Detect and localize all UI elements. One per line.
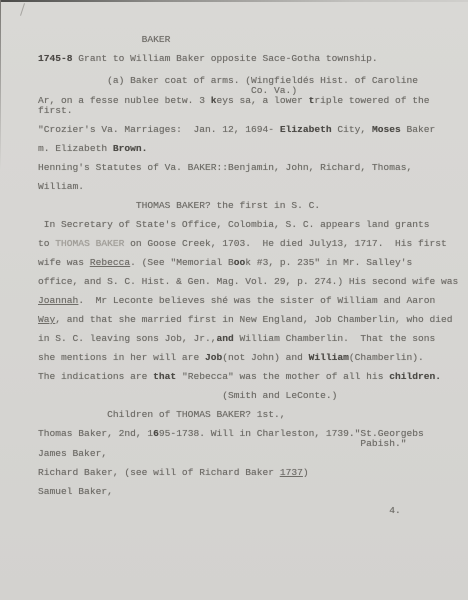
text-line: office, and S. C. Hist. & Gen. Mag. Vol.… xyxy=(38,272,468,291)
text-line: Way, and that she married first in New E… xyxy=(38,310,468,329)
text-line: BAKER xyxy=(38,30,468,49)
text-line: (Smith and LeConte.) xyxy=(38,386,468,405)
text-line: "Crozier's Va. Marriages: Jan. 12, 1694-… xyxy=(38,120,468,139)
text-line: William. xyxy=(38,177,468,196)
text-line: Joannah. Mr Leconte believes shé was the… xyxy=(38,291,468,310)
text-line: In Secretary of State's Office, Colombia… xyxy=(38,215,468,234)
text-line: The indications are that "Rebecca" was t… xyxy=(38,367,468,386)
scan-edge-left xyxy=(0,0,1,170)
document-text-block: BAKER1745-8 Grant to William Baker oppos… xyxy=(38,30,468,520)
text-line: Henning's Statutes of Va. BAKER::Benjami… xyxy=(38,158,468,177)
pencil-mark xyxy=(20,3,25,16)
text-line: THOMAS BAKER? the first in S. C. xyxy=(38,196,468,215)
typewritten-page: BAKER1745-8 Grant to William Baker oppos… xyxy=(0,0,468,600)
text-line: Richard Baker, (see will of Richard Bake… xyxy=(38,463,468,482)
text-line: 1745-8 Grant to William Baker opposite S… xyxy=(38,49,468,68)
text-line: in S. C. leaving sons Job, Jr.,and Willi… xyxy=(38,329,468,348)
text-line: m. Elizabeth Brown. xyxy=(38,139,468,158)
scan-edge-top xyxy=(0,0,468,2)
text-line: Samuel Baker, xyxy=(38,482,468,501)
text-line: she mentions in her will are Job(not Joh… xyxy=(38,348,468,367)
text-line: 4. xyxy=(38,501,468,520)
text-line: wife was Rebecca. (See "Memorial Book #3… xyxy=(38,253,468,272)
text-line: Children of THOMAS BAKER? 1st., xyxy=(38,405,468,424)
text-line: to THOMAS BAKER on Goose Creek, 1703. He… xyxy=(38,234,468,253)
text-line: Ar, on a fesse nublee betw. 3 keys sa, a… xyxy=(38,91,468,110)
